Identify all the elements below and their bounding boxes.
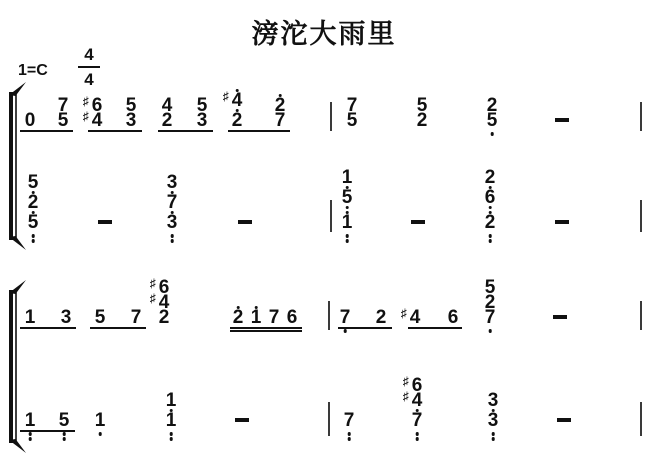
note-column: 53 (126, 98, 137, 128)
note-digit: 6 (448, 310, 459, 325)
note-column: 151 (342, 170, 353, 244)
time-signature: 4 4 (76, 46, 102, 88)
note-column: 525 (28, 175, 39, 244)
note-digit: 5 (28, 215, 39, 230)
note-column: 1 (95, 413, 106, 436)
note-digit: 2 (485, 215, 496, 230)
note-digit: 4♯ (412, 393, 423, 408)
octave-dot-below (31, 239, 35, 243)
octave-dot-below (170, 239, 174, 243)
eighth-note-beam (88, 130, 142, 132)
note-digit: 4♯ (232, 93, 243, 108)
eighth-note-beam (90, 327, 146, 329)
note-digit: 2 (376, 310, 387, 325)
note-digit: 2 (233, 310, 244, 325)
note-digit: 5 (347, 113, 358, 128)
octave-dot-below (345, 234, 349, 238)
note-digit: 3 (167, 175, 178, 190)
note-column: 7 (269, 310, 280, 325)
sharp-icon: ♯ (403, 374, 409, 389)
note-column: 7 (131, 310, 142, 325)
note-digit: 1 (342, 170, 353, 185)
note-column: 527 (485, 280, 496, 333)
half-note-dash (555, 220, 569, 224)
note-digit: 1 (166, 413, 177, 428)
note-digit: 2 (485, 170, 496, 185)
barline (330, 102, 332, 131)
note-digit: 7 (131, 310, 142, 325)
key-signature: 1=C (18, 62, 48, 80)
note-column: 4♯2 (232, 88, 243, 128)
barline (330, 200, 332, 232)
note-column: 1 (25, 413, 36, 441)
note-column: 6♯4♯2 (159, 280, 170, 325)
note-digit: 5 (342, 190, 353, 205)
note-column: 373 (167, 175, 178, 244)
octave-dot-below (345, 239, 349, 243)
barline (328, 402, 330, 436)
note-digit: 4♯ (92, 113, 103, 128)
octave-dot-below (170, 234, 174, 238)
note-column: 11 (166, 393, 177, 441)
octave-dot-below (488, 329, 492, 333)
barline (640, 402, 642, 436)
octave-dot-below (347, 437, 351, 441)
note-column: 6♯4♯7 (412, 378, 423, 441)
sharp-icon: ♯ (401, 306, 407, 321)
sharp-icon: ♯ (83, 109, 89, 124)
half-note-dash (235, 418, 249, 422)
note-column: 52 (417, 98, 428, 128)
note-digit: 4♯ (410, 310, 421, 325)
eighth-note-beam (230, 330, 302, 332)
note-digit: 7 (167, 195, 178, 210)
octave-dot-below (169, 437, 173, 441)
note-digit: 7 (275, 113, 286, 128)
sharp-icon: ♯ (83, 94, 89, 109)
eighth-note-beam (228, 130, 290, 132)
note-column: 0 (25, 113, 36, 128)
note-digit: 7 (485, 310, 496, 325)
note-digit: 7 (269, 310, 280, 325)
note-column: 5 (95, 310, 106, 325)
barline (640, 102, 642, 131)
time-signature-numerator: 4 (76, 46, 102, 66)
octave-dot-below (488, 234, 492, 238)
octave-dot-below (62, 432, 66, 436)
eighth-note-beam (338, 327, 392, 329)
octave-dot-below (28, 437, 32, 441)
system-bracket-icon (6, 82, 30, 250)
note-column: 53 (197, 98, 208, 128)
note-digit: 1 (25, 413, 36, 428)
note-digit: 7 (340, 310, 351, 325)
note-digit: 3 (126, 113, 137, 128)
half-note-dash (238, 220, 252, 224)
note-column: 4♯ (410, 310, 421, 325)
half-note-dash (557, 418, 571, 422)
note-digit: 3 (488, 393, 499, 408)
sharp-icon: ♯ (150, 276, 156, 291)
octave-dot-below (415, 437, 419, 441)
note-digit: 7 (344, 413, 355, 428)
note-column: 5 (59, 413, 70, 441)
half-note-dash (555, 118, 569, 122)
barline (640, 200, 642, 232)
half-note-dash (553, 315, 567, 319)
note-digit: 6 (287, 310, 298, 325)
note-column: 262 (485, 170, 496, 244)
half-note-dash (98, 220, 112, 224)
barline (328, 301, 330, 330)
note-column: 2 (376, 310, 387, 325)
note-digit: 5 (28, 175, 39, 190)
note-digit: 5 (487, 113, 498, 128)
sheet-music-page: 滂沱大雨里 1=C 4 4 0756♯4♯5342534♯22775522552… (0, 0, 648, 455)
note-digit: 7 (412, 413, 423, 428)
half-note-dash (411, 220, 425, 224)
note-column: 2 (233, 305, 244, 325)
note-column: 75 (58, 98, 69, 128)
note-column: 75 (347, 98, 358, 128)
barline (640, 301, 642, 330)
note-column: 7 (344, 413, 355, 441)
note-column: 3 (61, 310, 72, 325)
note-digit: 2 (417, 113, 428, 128)
note-column: 1 (25, 310, 36, 325)
note-column: 25 (487, 98, 498, 136)
eighth-note-beam (158, 130, 213, 132)
octave-dot-below (415, 432, 419, 436)
note-column: 27 (275, 93, 286, 128)
octave-dot-below (169, 432, 173, 436)
note-column: 33 (488, 393, 499, 441)
note-column: 1 (251, 305, 262, 325)
note-digit: 1 (342, 215, 353, 230)
note-column: 42 (162, 98, 173, 128)
note-digit: 3 (61, 310, 72, 325)
note-column: 6♯4♯ (92, 98, 103, 128)
octave-dot-below (490, 132, 494, 136)
sharp-icon: ♯ (223, 89, 229, 104)
note-column: 7 (340, 310, 351, 333)
note-digit: 3 (488, 413, 499, 428)
note-digit: 1 (251, 310, 262, 325)
note-digit: 5 (95, 310, 106, 325)
sharp-icon: ♯ (150, 291, 156, 306)
octave-dot-below (98, 432, 102, 436)
note-digit: 3 (197, 113, 208, 128)
note-digit: 5 (58, 113, 69, 128)
note-column: 6 (448, 310, 459, 325)
note-digit: 2 (159, 310, 170, 325)
octave-dot-below (347, 432, 351, 436)
note-column: 6 (287, 310, 298, 325)
octave-dot-below (28, 432, 32, 436)
note-digit: 6 (485, 190, 496, 205)
note-digit: 2 (28, 195, 39, 210)
note-digit: 1 (25, 310, 36, 325)
eighth-note-beam (20, 130, 73, 132)
eighth-note-beam (20, 430, 75, 432)
note-digit: 0 (25, 113, 36, 128)
eighth-note-beam (230, 327, 302, 329)
octave-dot-below (62, 437, 66, 441)
note-digit: 5 (59, 413, 70, 428)
octave-dot-below (31, 234, 35, 238)
note-digit: 1 (95, 413, 106, 428)
note-digit: 3 (167, 215, 178, 230)
note-digit: 2 (232, 113, 243, 128)
octave-dot-below (491, 437, 495, 441)
note-digit: 1 (166, 393, 177, 408)
octave-dot-below (488, 239, 492, 243)
eighth-note-beam (20, 327, 76, 329)
eighth-note-beam (408, 327, 462, 329)
octave-dot-below (343, 329, 347, 333)
octave-dot-below (491, 432, 495, 436)
time-signature-denominator: 4 (76, 68, 102, 88)
note-digit: 2 (162, 113, 173, 128)
sharp-icon: ♯ (403, 389, 409, 404)
